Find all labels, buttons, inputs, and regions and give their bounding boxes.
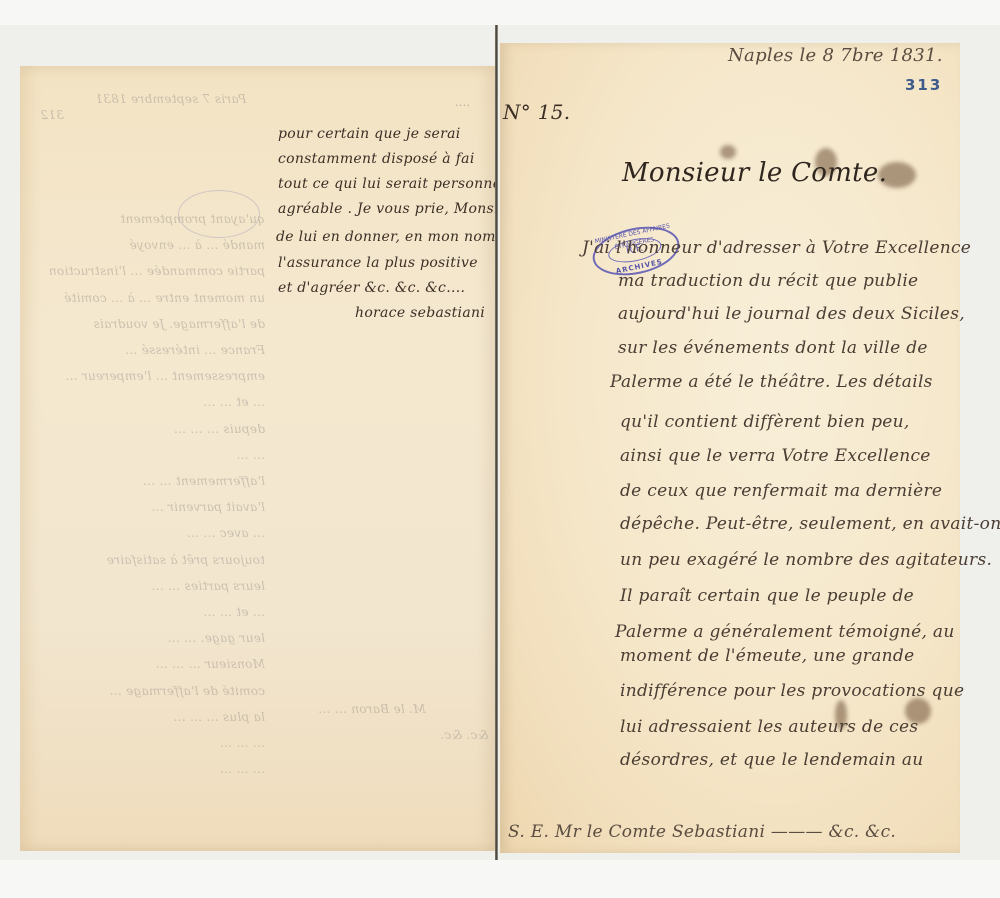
letter-line-1: pour certain que je serai (278, 126, 461, 142)
bleed-through-line: l'avait parvenir ... (40, 500, 265, 514)
body-line-1: J'ai l'honneur d'adresser à Votre Excell… (582, 238, 971, 258)
letter-line-5: de lui en donner, en mon nom (276, 229, 495, 245)
body-line-7: ainsi que le verra Votre Excellence (620, 446, 931, 466)
bleed-through-line: comité de l'affermage ... (40, 684, 265, 698)
body-line-2: ma traduction du récit que publie (618, 271, 918, 291)
bleed-through-folio: 312 (40, 108, 64, 122)
bleed-through-line: ... et ... ... (40, 395, 265, 409)
addressee-line: S. E. Mr le Comte Sebastiani ——— &c. &c. (508, 822, 896, 842)
body-line-15: lui adressaient les auteurs de ces (620, 717, 918, 737)
bleed-through-line: ... ... (40, 448, 265, 462)
bleed-through-line: de l'affermage. Je voudrais (40, 317, 265, 331)
body-line-11: Il paraît certain que le peuple de (620, 586, 914, 606)
bleed-through-line: partie commandée ... l'instruction (40, 264, 265, 278)
letter-line-3: tout ce qui lui serait personnelle (278, 176, 495, 192)
corner-mark: .... (455, 96, 470, 109)
body-line-16: désordres, et que le lendemain au (620, 750, 924, 770)
body-line-13: moment de l'émeute, une grande (620, 646, 914, 666)
bleed-through-line: leurs parties ... ... (40, 579, 265, 593)
body-line-8: de ceux que renfermait ma dernière (620, 481, 942, 501)
body-line-10: un peu exagéré le nombre des agitateurs. (620, 550, 992, 570)
body-line-5: Palerme a été le théâtre. Les détails (610, 372, 933, 392)
dispatch-number: N° 15. (503, 100, 570, 124)
bleed-through-footer-2: &c. &c. (440, 728, 488, 742)
bleed-through-line: la plus ... ... ... (40, 710, 265, 724)
book-gutter (495, 25, 498, 860)
bleed-through-line: ... avec ... ... (40, 526, 265, 540)
letter-line-2: constamment disposé à fai (278, 151, 475, 167)
body-line-6: qu'il contient diffèrent bien peu, (620, 412, 910, 432)
bleed-through-line: mandé ... à ... envoyé (40, 238, 265, 252)
bleed-through-line: ... ... ... (40, 736, 265, 750)
letter-line-4: agréable . Je vous prie, Monsi (278, 201, 495, 217)
bleed-through-date: Paris 7 septembre 1831 (95, 92, 246, 106)
signature: horace sebastiani (355, 305, 485, 321)
letter-line-6: l'assurance la plus positive (278, 255, 478, 271)
bleed-through-line: l'affermement ... ... (40, 474, 265, 488)
ink-stain (720, 145, 736, 159)
body-line-9: dépêche. Peut-être, seulement, en avait-… (620, 514, 1000, 534)
bleed-through-line: un moment entre ... à ... comité (40, 291, 265, 305)
bleed-through-line: ... et ... ... (40, 605, 265, 619)
folio-number: 313 (905, 76, 942, 94)
body-line-12: Palerme a généralement témoigné, au (615, 622, 955, 642)
bleed-through-line: leur gage. ... ... (40, 631, 265, 645)
letter-line-7: et d'agréer &c. &c. &c.... (278, 280, 465, 296)
body-line-3: aujourd'hui le journal des deux Siciles, (618, 304, 965, 324)
salutation: Monsieur le Comte. (622, 158, 887, 188)
bleed-through-line: toujours prêt à satisfaire (40, 553, 265, 567)
bleed-through-line: depuis ... ... ... (40, 422, 265, 436)
bleed-through-line: qu'ayant promptement (40, 212, 265, 226)
bleed-through-line: France ... intéressé ... (40, 343, 265, 357)
bleed-through-footer-1: M. le Baron ... ... (318, 702, 426, 716)
bleed-through-line: Monsieur ... ... ... (40, 657, 265, 671)
bleed-through-line: ... ... ... (40, 762, 265, 776)
body-line-14: indifférence pour les provocations que (620, 681, 964, 701)
place-date: Naples le 8 7bre 1831. (728, 45, 943, 66)
bleed-through-line: empressement ... l'empereur ... (40, 369, 265, 383)
body-line-4: sur les événements dont la ville de (618, 338, 928, 358)
